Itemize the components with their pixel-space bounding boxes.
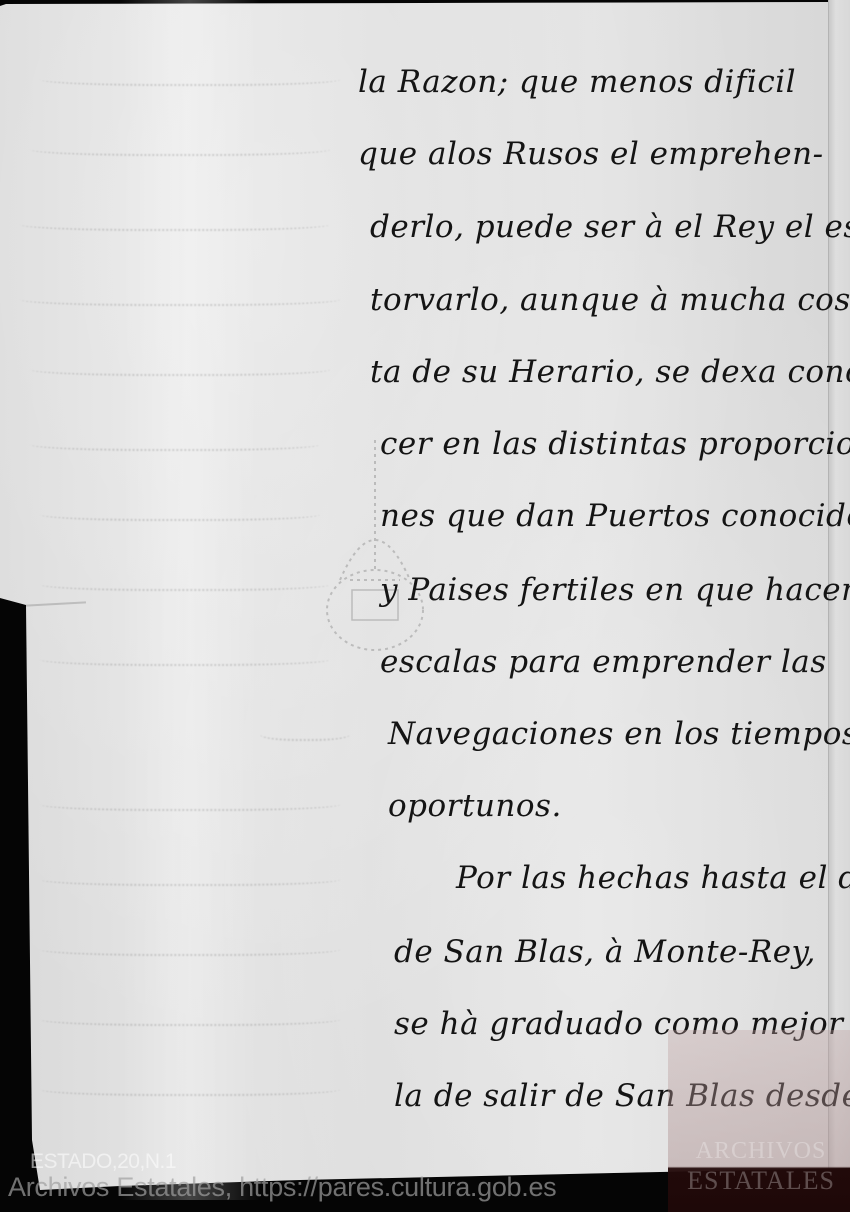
paper-watermark-icon xyxy=(320,430,430,660)
manuscript-line: cer en las distintas proporcio- xyxy=(380,424,850,464)
manuscript-line: la Razon; que menos dificil xyxy=(358,62,796,102)
reference-code: ESTADO,20,N.1 xyxy=(30,1150,176,1174)
stamp-text: ARCHIVOS xyxy=(676,1138,846,1165)
manuscript-line: Navegaciones en los tiempos xyxy=(388,714,850,754)
manuscript-line: que alos Rusos el emprehen- xyxy=(358,134,824,174)
manuscript-line: escalas para emprender las xyxy=(380,642,827,682)
manuscript-line: nes que dan Puertos conocidos, xyxy=(380,496,850,536)
stamp-text: ESTATALES xyxy=(676,1166,846,1196)
manuscript-line: torvarlo, aunque à mucha cos- xyxy=(370,280,850,320)
archive-credit: Archivos Estatales, https://pares.cultur… xyxy=(8,1172,556,1203)
manuscript-line: de San Blas, à Monte-Rey, xyxy=(394,932,816,972)
manuscript-line: ta de su Herario, se dexa cono xyxy=(370,352,850,392)
manuscript-line: oportunos. xyxy=(388,786,562,826)
manuscript-line: derlo, puede ser à el Rey el es- xyxy=(370,207,850,247)
manuscript-line: y Paises fertiles en que hacer xyxy=(380,570,850,610)
manuscript-line: Por las hechas hasta el dia xyxy=(456,858,850,898)
